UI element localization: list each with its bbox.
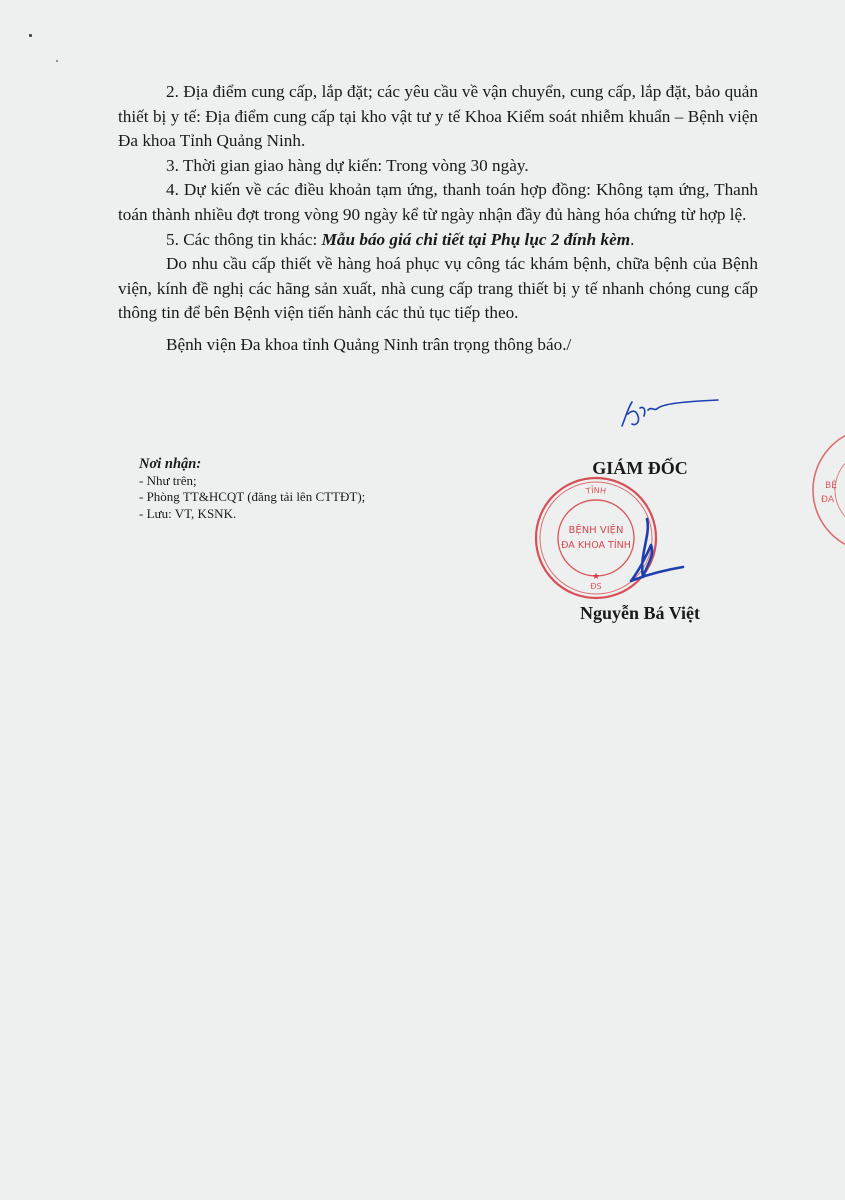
item-2: 2. Địa điểm cung cấp, lắp đặt; các yêu c… [118,80,758,154]
recipient-item: - Phòng TT&HCQT (đăng tải lên CTTĐT); [139,489,365,506]
item-emphasis: Mẫu báo giá chi tiết tại Phụ lục 2 đính … [322,230,630,249]
recipient-item: - Như trên; [139,473,365,490]
recipient-item: - Lưu: VT, KSNK. [139,506,365,523]
signer-name: Nguyễn Bá Việt [580,603,700,624]
item-suffix: . [630,230,634,249]
item-text: Thời gian giao hàng dự kiến: Trong vòng … [183,156,529,175]
recipients-title: Nơi nhận: [139,456,365,473]
svg-text:ĐA KHOA TỈNH: ĐA KHOA TỈNH [561,539,631,551]
item-number: 3. [166,156,179,175]
closing-line: Bệnh viện Đa khoa tỉnh Quảng Ninh trân t… [118,333,758,358]
closing-text: Bệnh viện Đa khoa tỉnh Quảng Ninh trân t… [166,335,571,354]
svg-text:BỆ: BỆ [825,479,837,491]
svg-text:★: ★ [592,571,600,581]
item-number: 4. [166,180,179,199]
svg-text:TỈNH: TỈNH [584,484,606,496]
item-number: 2. [166,82,179,101]
initials-signature-icon [618,396,728,432]
item-number: 5. [166,230,179,249]
item-4: 4. Dự kiến về các điều khoản tạm ứng, th… [118,178,758,227]
svg-text:ĐS: ĐS [590,582,601,591]
recipients-block: Nơi nhận: - Như trên; - Phòng TT&HCQT (đ… [139,456,365,522]
item-5: 5. Các thông tin khác: Mẫu báo giá chi t… [118,228,758,253]
scan-speck [29,34,32,37]
item-3: 3. Thời gian giao hàng dự kiến: Trong vò… [118,154,758,179]
handwritten-signature-icon [625,515,695,590]
svg-text:ĐA: ĐA [821,495,835,505]
item-text: Dự kiến về các điều khoản tạm ứng, thanh… [118,180,758,224]
partial-stamp-edge-icon: BỆ ĐA [805,420,845,560]
scan-speck [56,60,58,62]
document-body: 2. Địa điểm cung cấp, lắp đặt; các yêu c… [118,80,758,358]
svg-text:BỆNH VIỆN: BỆNH VIỆN [569,523,624,536]
item-text: Địa điểm cung cấp, lắp đặt; các yêu cầu … [118,82,758,150]
request-paragraph: Do nhu cầu cấp thiết về hàng hoá phục vụ… [118,252,758,326]
item-text: Các thông tin khác: [183,230,321,249]
